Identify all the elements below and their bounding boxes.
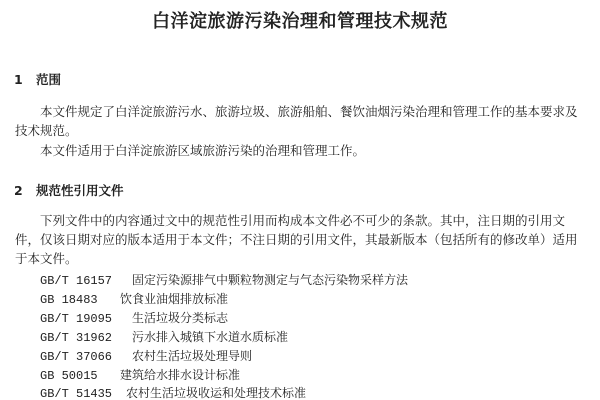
section-heading-scope: 1范围 bbox=[14, 70, 61, 88]
reference-item: GB/T 37066农村生活垃圾处理导则 bbox=[40, 347, 252, 367]
reference-title: 生活垃圾分类标志 bbox=[132, 311, 228, 325]
references-intro-paragraph: 下列文件中的内容通过文中的规范性引用而构成本文件必不可少的条款。其中，注日期的引… bbox=[15, 211, 587, 268]
section-title: 范围 bbox=[36, 72, 61, 87]
reference-title: 固定污染源排气中颗粒物测定与气态污染物采样方法 bbox=[132, 273, 408, 287]
scope-paragraph-1: 本文件规定了白洋淀旅游污水、旅游垃圾、旅游船舶、餐饮油烟污染治理和管理工作的基本… bbox=[15, 102, 587, 140]
section-number: 1 bbox=[14, 72, 36, 87]
reference-item: GB/T 19095生活垃圾分类标志 bbox=[40, 309, 228, 329]
section-title: 规范性引用文件 bbox=[36, 183, 124, 198]
reference-title: 农村生活垃圾处理导则 bbox=[132, 349, 252, 363]
reference-code: GB/T 51435 bbox=[40, 385, 126, 400]
reference-item: GB/T 31962污水排入城镇下水道水质标准 bbox=[40, 328, 288, 348]
reference-code: GB/T 19095 bbox=[40, 310, 132, 329]
reference-item: GB 18483饮食业油烟排放标准 bbox=[40, 290, 228, 310]
reference-code: GB/T 31962 bbox=[40, 329, 132, 348]
reference-item: GB 50015建筑给水排水设计标准 bbox=[40, 366, 240, 386]
scope-paragraph-2: 本文件适用于白洋淀旅游区域旅游污染的治理和管理工作。 bbox=[15, 141, 587, 160]
reference-title: 建筑给水排水设计标准 bbox=[120, 368, 240, 382]
section-heading-normative-references: 2规范性引用文件 bbox=[14, 181, 124, 199]
reference-code: GB/T 37066 bbox=[40, 348, 132, 367]
reference-title: 农村生活垃圾收运和处理技术标准 bbox=[126, 386, 306, 400]
reference-code: GB 18483 bbox=[40, 291, 120, 310]
reference-item: GB/T 16157固定污染源排气中颗粒物测定与气态污染物采样方法 bbox=[40, 271, 408, 291]
reference-title: 污水排入城镇下水道水质标准 bbox=[132, 330, 288, 344]
document-title: 白洋淀旅游污染治理和管理技术规范 bbox=[0, 7, 600, 33]
reference-code: GB/T 16157 bbox=[40, 272, 132, 291]
reference-item: GB/T 51435农村生活垃圾收运和处理技术标准 bbox=[40, 384, 306, 400]
reference-title: 饮食业油烟排放标准 bbox=[120, 292, 228, 306]
section-number: 2 bbox=[14, 183, 36, 198]
